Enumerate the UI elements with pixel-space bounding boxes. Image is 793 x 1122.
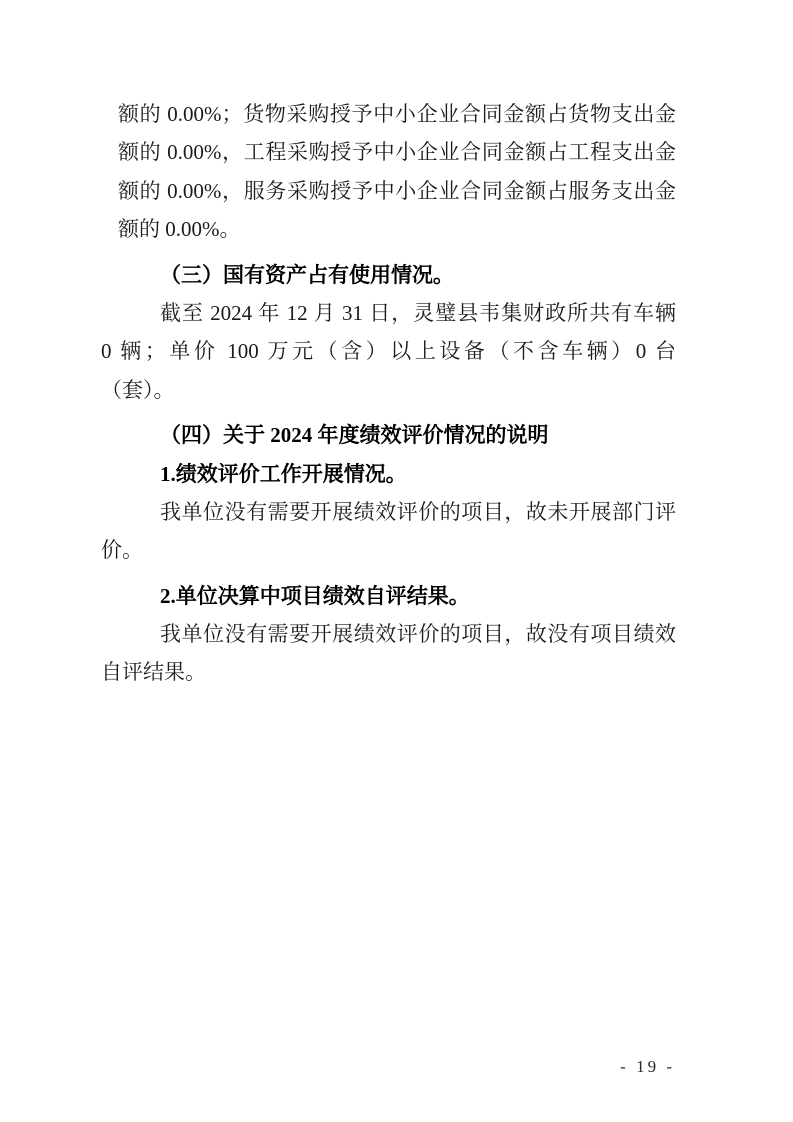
body-line: 额的 0.00%，工程采购授予中小企业合同金额占工程支出金 xyxy=(118,133,676,171)
subsection-2-heading: 2.单位决算中项目绩效自评结果。 xyxy=(118,577,676,615)
section-4-heading: （四）关于 2024 年度绩效评价情况的说明 xyxy=(118,416,676,454)
body-line: 自评结果。 xyxy=(101,653,676,691)
body-line: （套）。 xyxy=(101,371,676,409)
body-line: 截至 2024 年 12 月 31 日，灵璧县韦集财政所共有车辆 xyxy=(118,294,676,332)
document-page: 额的 0.00%；货物采购授予中小企业合同金额占货物支出金 额的 0.00%，工… xyxy=(0,0,793,1122)
subsection-2-paragraph: 我单位没有需要开展绩效评价的项目，故没有项目绩效 自评结果。 xyxy=(118,615,676,692)
body-line: 额的 0.00%。 xyxy=(118,210,676,248)
body-line: 额的 0.00%；货物采购授予中小企业合同金额占货物支出金 xyxy=(118,95,676,133)
body-line: 价。 xyxy=(101,531,676,569)
section-3-paragraph: 截至 2024 年 12 月 31 日，灵璧县韦集财政所共有车辆 0 辆；单价 … xyxy=(118,294,676,409)
body-line: 我单位没有需要开展绩效评价的项目，故未开展部门评 xyxy=(118,493,676,531)
body-line: 我单位没有需要开展绩效评价的项目，故没有项目绩效 xyxy=(118,615,676,653)
subsection-1-paragraph: 我单位没有需要开展绩效评价的项目，故未开展部门评 价。 xyxy=(118,493,676,570)
page-number: - 19 - xyxy=(620,1055,675,1079)
section-3-heading: （三）国有资产占有使用情况。 xyxy=(118,256,676,294)
body-line: 0 辆；单价 100 万元（含）以上设备（不含车辆）0 台 xyxy=(101,332,676,370)
document-body: 额的 0.00%；货物采购授予中小企业合同金额占货物支出金 额的 0.00%，工… xyxy=(118,95,676,699)
body-line: 额的 0.00%，服务采购授予中小企业合同金额占服务支出金 xyxy=(118,172,676,210)
continued-paragraph: 额的 0.00%；货物采购授予中小企业合同金额占货物支出金 额的 0.00%，工… xyxy=(118,95,676,249)
subsection-1-heading: 1.绩效评价工作开展情况。 xyxy=(118,455,676,493)
